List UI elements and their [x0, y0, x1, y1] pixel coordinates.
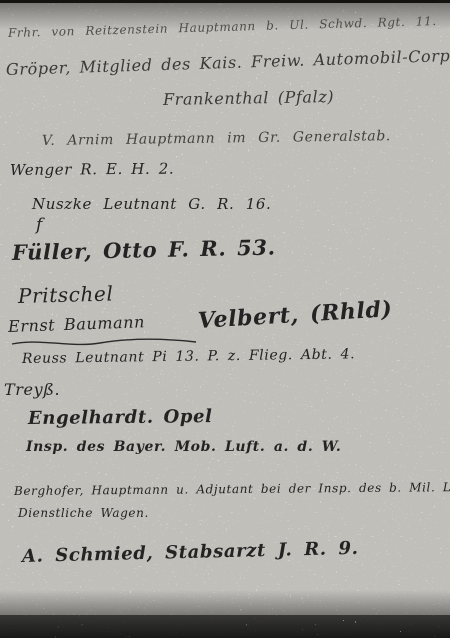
handwritten-line-reitzenstein: Frhr. von Reitzenstein Hauptmann b. Ul. …: [8, 14, 437, 40]
handwritten-line-wenger: Wenger R. E. H. 2.: [10, 160, 174, 179]
scan-edge-line: [0, 0, 450, 3]
handwritten-line-groper: Gröper, Mitglied des Kais. Freiw. Automo…: [6, 46, 450, 79]
handwritten-stray-mark: f: [36, 215, 43, 235]
handwritten-line-berghofer: Berghofer, Hauptmann u. Adjutant bei der…: [14, 480, 450, 498]
scanned-page: Frhr. von Reitzenstein Hauptmann b. Ul. …: [0, 0, 450, 638]
handwritten-line-arnim: V. Arnim Hauptmann im Gr. Generalstab.: [42, 128, 391, 149]
handwritten-line-dienstwagen: Dienstliche Wagen.: [18, 506, 149, 520]
handwritten-line-fueller: Füller, Otto F. R. 53.: [12, 234, 276, 265]
handwritten-line-inspektion: Insp. des Bayer. Mob. Luft. a. d. W.: [26, 439, 341, 455]
handwritten-line-nuszke: Nuszke Leutnant G. R. 16.: [32, 195, 271, 213]
handwritten-line-pritschel: Pritschel: [18, 282, 114, 308]
handwritten-line-velbert: Velbert, (Rhld): [197, 296, 393, 334]
handwritten-line-frankenthal: Frankenthal (Pfalz): [163, 87, 335, 109]
handwritten-line-reuss: Reuss Leutnant Pi 13. P. z. Flieg. Abt. …: [22, 346, 355, 367]
signature-flourish: [10, 336, 200, 350]
handwritten-line-engelhardt: Engelhardt. Opel: [28, 406, 213, 429]
handwritten-line-treyss: Treyß.: [4, 380, 60, 399]
handwritten-signature: Ernst Baumann: [8, 312, 146, 336]
handwritten-line-schmied: A. Schmied, Stabsarzt J. R. 9.: [22, 538, 359, 567]
